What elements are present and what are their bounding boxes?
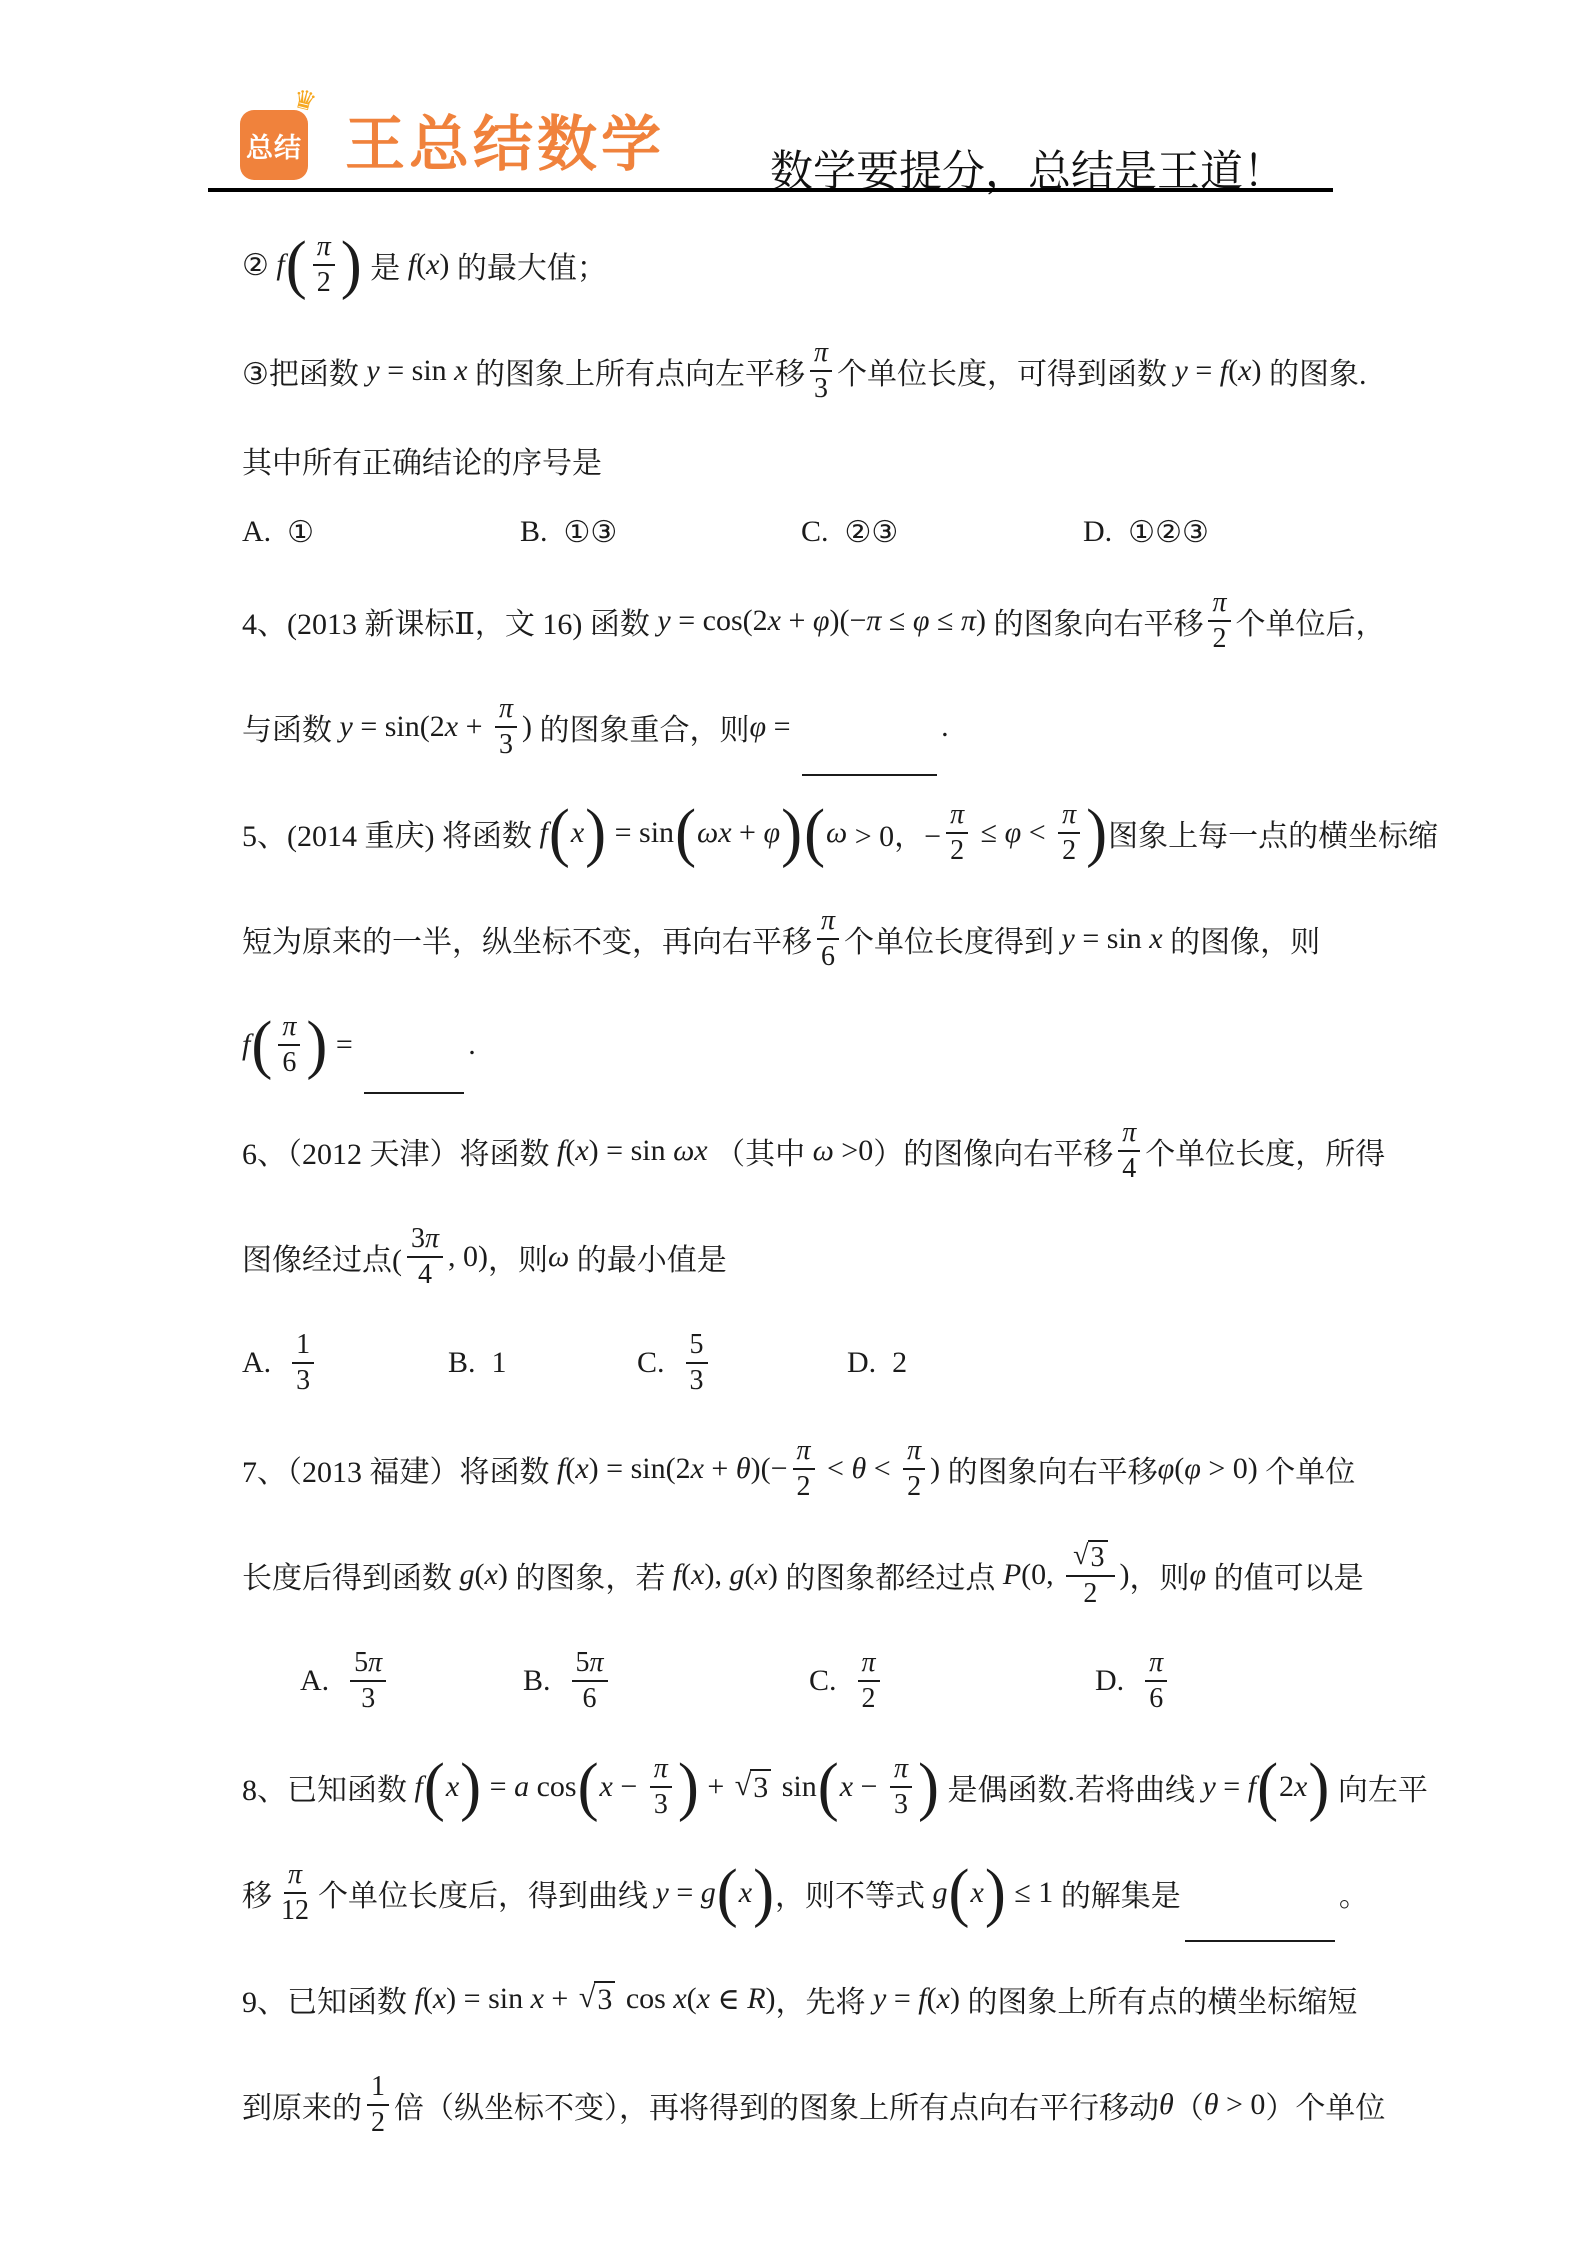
math-roman-run: = sin	[1075, 922, 1149, 956]
document-page: 总结 ♛ 王总结数学 数学要提分，总结是王道！ ② f(π2) 是 f(x) 的…	[0, 0, 1587, 2245]
math-char: 6	[1149, 1683, 1163, 1714]
math-char: 3	[296, 1365, 310, 1396]
q6-options-B: B.1	[448, 1346, 637, 1380]
fraction-denominator: 6	[278, 1046, 300, 1079]
math-italic-run: φ	[1005, 816, 1022, 850]
math-italic-run: ω	[813, 1134, 834, 1168]
text-run: 到原来的	[242, 2083, 362, 2127]
text-run: 的图象上所有点的横坐标缩短	[960, 1977, 1358, 2021]
math-roman-run: −	[853, 1770, 885, 1804]
fraction-denominator: 2	[903, 1470, 925, 1503]
math-char: 3	[597, 1983, 612, 2016]
math-char: π	[654, 1753, 668, 1785]
fraction-numerator: π	[793, 1435, 815, 1470]
fraction-denominator: 2	[313, 266, 335, 299]
sqrt-expression: √3	[735, 1769, 771, 1805]
math-italic-run: x	[1238, 354, 1251, 388]
fraction-numerator: π	[1145, 1647, 1167, 1682]
math-roman-run: ≤ 1	[1007, 1876, 1053, 1910]
math-italic-run: ωx	[697, 816, 732, 850]
math-italic-run: x	[575, 1134, 588, 1168]
fraction-numerator: 5π	[572, 1647, 608, 1682]
math-roman-run: −	[613, 1770, 645, 1804]
q7-options-B: B.5π6	[523, 1647, 809, 1715]
math-roman-run: ) = sin	[446, 1982, 530, 2016]
math-char: 2	[907, 1471, 921, 1502]
math-roman-run: .	[941, 710, 949, 744]
math-italic-run: x	[691, 1558, 704, 1592]
q7-options-C: C.π2	[809, 1647, 1095, 1715]
math-roman-run: +	[781, 604, 813, 638]
big-paren: )	[306, 1017, 327, 1073]
option-label: B.	[448, 1346, 476, 1380]
fraction: 5π6	[572, 1647, 608, 1715]
math-italic-run: f	[539, 816, 547, 850]
math-char: 3	[753, 1771, 768, 1804]
math-roman-run: = sin	[607, 816, 674, 850]
fraction: 13	[292, 1329, 314, 1397]
fraction-numerator: 5	[686, 1329, 708, 1364]
text-run: 7、（2013 福建）将函数	[242, 1447, 557, 1491]
math-char: π	[862, 1647, 876, 1679]
fraction-numerator: π	[1058, 799, 1080, 834]
text-run: ）的图像向右平移	[873, 1129, 1113, 1173]
text-run: ②③	[845, 515, 899, 550]
option-label: D.	[847, 1346, 876, 1380]
fraction-denominator: 3	[810, 372, 832, 405]
big-paren: )	[753, 1865, 774, 1921]
math-italic-run: g	[701, 1876, 716, 1910]
math-roman-run: )	[439, 248, 449, 282]
math-roman-run: ≤	[929, 604, 960, 638]
fraction-numerator: √3	[1066, 1540, 1114, 1577]
q6-line1: 6、（2012 天津）将函数 f(x) = sin ωx （其中 ω >0）的图…	[242, 1098, 1422, 1204]
q3-options-C: C.②③	[801, 515, 1083, 550]
math-italic-run: g	[460, 1558, 475, 1592]
q5-line1: 5、(2014 重庆) 将函数 f(x) = sin(ωx + φ)(ω > 0…	[242, 780, 1422, 886]
fraction-denominator: 12	[277, 1894, 313, 1927]
math-char: π	[1062, 799, 1076, 831]
text-run: 9、已知函数	[242, 1977, 415, 2021]
math-italic-run: x	[971, 1876, 984, 1910]
math-char: π	[950, 799, 964, 831]
fraction: π12	[277, 1859, 313, 1927]
math-roman-run: 1	[492, 1346, 507, 1380]
math-roman-run: )	[976, 604, 986, 638]
math-italic-run: x	[697, 1982, 710, 2016]
math-char: π	[590, 1647, 604, 1679]
q5-line3: f(π6) = .	[242, 992, 1422, 1098]
math-italic-run: y	[1202, 1770, 1215, 1804]
math-roman-run: =	[886, 1982, 918, 2016]
math-char: 5	[690, 1329, 704, 1361]
q9-line2: 到原来的12倍（纵坐标不变），再将得到的图象上所有点向右平行移动θ（θ > 0）…	[242, 2052, 1422, 2158]
fraction-denominator: 2	[1209, 622, 1231, 655]
option-label: C.	[801, 515, 829, 549]
text-run: 个单位	[1258, 1447, 1356, 1491]
math-char: 3	[1091, 1542, 1105, 1573]
text-run: ①③	[564, 515, 618, 550]
math-roman-run: (	[927, 1982, 937, 2016]
q6-options-C: C.53	[637, 1329, 847, 1397]
text-run: 是	[363, 243, 408, 287]
math-roman-run: ) = sin	[589, 1134, 673, 1168]
text-run: 个单位长度，所得	[1145, 1129, 1385, 1173]
fraction: π2	[946, 799, 968, 867]
option-label: C.	[809, 1664, 837, 1698]
fraction: π2	[313, 231, 335, 299]
option-label: D.	[1083, 515, 1112, 549]
text-run: 的值可以是	[1206, 1553, 1364, 1597]
math-roman-run: )	[1120, 1558, 1130, 1592]
math-roman-run: 2	[892, 1346, 907, 1380]
math-char: π	[894, 1753, 908, 1785]
math-char: π	[1149, 1647, 1163, 1679]
fraction-numerator: π	[278, 1011, 300, 1046]
math-roman-run: =	[669, 1876, 701, 1910]
math-roman-run: (	[681, 1558, 691, 1592]
brand-badge-text: 总结	[246, 126, 302, 165]
math-italic-run: x	[445, 710, 458, 744]
fraction-denominator: 6	[1145, 1682, 1167, 1715]
math-char: 1	[371, 2071, 385, 2103]
math-roman-run: (	[745, 1558, 755, 1592]
math-italic-run: x	[840, 1770, 853, 1804]
math-italic-run: x	[673, 1982, 686, 2016]
option-label: C.	[637, 1346, 665, 1380]
math-roman-run: (	[565, 1452, 575, 1486]
math-italic-run: φ	[763, 816, 780, 850]
math-italic-run: φ	[913, 604, 930, 638]
text-run: 的最小值是	[569, 1235, 727, 1279]
fraction: π3	[495, 693, 517, 761]
math-char: 4	[418, 1259, 432, 1290]
math-roman-run: (	[687, 1982, 697, 2016]
answer-blank	[802, 743, 937, 777]
math-italic-run: θ	[736, 1452, 751, 1486]
math-roman-run: +	[732, 816, 764, 850]
text-run: 的图像，则	[1163, 917, 1321, 961]
stmt3-line: ③把函数 y = sin x 的图象上所有点向左平移π3个单位长度，可得到函数 …	[242, 318, 1422, 424]
math-italic-run: x	[485, 1558, 498, 1592]
math-italic-run: x	[426, 248, 439, 282]
math-char: 1	[281, 1895, 295, 1926]
q5-line2: 短为原来的一半，纵坐标不变，再向右平移π6个单位长度得到 y = sin x 的…	[242, 886, 1422, 992]
math-italic-run: f	[673, 1558, 681, 1592]
option-label: A.	[300, 1664, 329, 1698]
q4-line2: 与函数 y = sin(2x + π3) 的图象重合，则φ = .	[242, 674, 1422, 780]
math-roman-run: = sin	[380, 354, 454, 388]
math-char: π	[317, 231, 331, 263]
math-char: 2	[295, 1895, 309, 1926]
math-char: 2	[1062, 835, 1076, 866]
math-roman-run: =	[482, 1770, 514, 1804]
fraction-numerator: π	[650, 1753, 672, 1788]
text-run: 的最大值；	[449, 243, 607, 287]
answer-blank	[364, 1061, 464, 1095]
math-roman-run: ≤	[973, 816, 1004, 850]
text-run: ，则	[488, 1235, 548, 1279]
math-italic-run: y	[1062, 922, 1075, 956]
math-roman-run: sin	[774, 1770, 817, 1804]
big-paren: )	[585, 805, 606, 861]
fraction-denominator: 2	[858, 1682, 880, 1715]
math-italic-run: φ	[1184, 1452, 1201, 1486]
big-paren: (	[549, 805, 570, 861]
fraction-denominator: 4	[1118, 1152, 1140, 1185]
text-run: 是偶函数.若将曲线	[940, 1765, 1203, 1809]
math-char: 1	[296, 1329, 310, 1361]
math-roman-run: 2	[1279, 1770, 1294, 1804]
math-char: 3	[411, 1223, 425, 1255]
math-roman-run: , 0)	[448, 1240, 488, 1274]
math-italic-run: θ	[1204, 2088, 1219, 2122]
math-roman-run: cos	[529, 1770, 577, 1804]
math-italic-run: f	[557, 1452, 565, 1486]
fraction-numerator: 3π	[407, 1223, 443, 1258]
math-char: π	[288, 1859, 302, 1891]
q3-options-D: D.①②③	[1083, 515, 1209, 550]
big-paren: )	[341, 237, 362, 293]
math-italic-run: x	[433, 1982, 446, 2016]
big-paren: (	[251, 1017, 272, 1073]
q8-line2: 移π12个单位长度后，得到曲线 y = g(x)，则不等式 g(x) ≤ 1 的…	[242, 1840, 1422, 1946]
text-run: 移	[242, 1871, 272, 1915]
answer-blank	[1185, 1909, 1335, 1943]
fraction: π3	[810, 337, 832, 405]
fraction-denominator: 2	[367, 2106, 389, 2139]
math-roman-run: (	[565, 1134, 575, 1168]
math-roman-run: > 0	[1219, 2088, 1266, 2122]
fraction-numerator: 1	[367, 2071, 389, 2106]
math-italic-run: ω	[548, 1240, 569, 1274]
text-run: 的图象向右平移	[940, 1447, 1158, 1491]
fraction-numerator: π	[903, 1435, 925, 1470]
math-italic-run: x	[755, 1558, 768, 1592]
math-italic-run: θ	[851, 1452, 866, 1486]
radicand: 3	[750, 1769, 771, 1805]
text-run: 图像经过点(	[242, 1235, 402, 1279]
fraction: π6	[817, 905, 839, 973]
math-char: 3	[894, 1789, 908, 1820]
fraction: π6	[278, 1011, 300, 1079]
text-run: ③把函数	[242, 349, 366, 393]
math-char: 3	[499, 729, 513, 760]
option-label: A.	[242, 515, 271, 549]
math-roman-run: +	[700, 1770, 732, 1804]
math-roman-run: )(−	[829, 604, 866, 638]
math-italic-run: x	[531, 1982, 544, 2016]
math-char: 3	[654, 1789, 668, 1820]
math-italic-run: y	[1175, 354, 1188, 388]
fraction: √32	[1066, 1540, 1114, 1610]
text-run: ）个单位	[1265, 2083, 1385, 2127]
math-italic-run: f	[1220, 354, 1228, 388]
brand-logo-badge: 总结	[240, 110, 308, 180]
text-run: （	[1174, 2083, 1204, 2127]
fraction-numerator: π	[495, 693, 517, 728]
fraction: π3	[890, 1753, 912, 1821]
math-italic-run: f	[918, 1982, 926, 2016]
fraction-denominator: 2	[946, 834, 968, 867]
math-roman-run: =	[1216, 1770, 1248, 1804]
math-char: π	[282, 1011, 296, 1043]
math-roman-run: )	[766, 1982, 776, 2016]
fraction-numerator: 5π	[350, 1647, 386, 1682]
radicand: 3	[1088, 1540, 1108, 1574]
math-italic-run: f	[415, 1770, 423, 1804]
fraction: π6	[1145, 1647, 1167, 1715]
math-char: 5	[354, 1647, 368, 1679]
math-italic-run: ω	[826, 816, 847, 850]
fraction-denominator: 6	[817, 940, 839, 973]
text-run: 与函数	[242, 705, 340, 749]
fraction: 12	[367, 2071, 389, 2139]
q7-options: A.5π3B.5π6C.π2D.π6	[242, 1628, 1422, 1734]
math-italic-run: x	[600, 1770, 613, 1804]
math-char: 2	[797, 1471, 811, 1502]
math-roman-run: (	[416, 248, 426, 282]
math-roman-run: <	[1021, 816, 1053, 850]
math-italic-run: x	[1294, 1770, 1307, 1804]
fraction-denominator: 3	[650, 1788, 672, 1821]
text-run: 的图象上所有点向左平移	[468, 349, 806, 393]
text-run: 个单位长度后，得到曲线	[318, 1871, 656, 1915]
math-roman-run: =	[1188, 354, 1220, 388]
text-run: 的图象重合，则	[532, 705, 750, 749]
math-char: π	[1212, 587, 1226, 619]
q8-line1: 8、已知函数 f(x) = a cos(x − π3) + √3 sin(x −…	[242, 1734, 1422, 1840]
radical-sign: √	[1073, 1540, 1088, 1572]
option-label: A.	[242, 1346, 271, 1380]
fraction: π2	[793, 1435, 815, 1503]
text-run: ①②③	[1128, 515, 1209, 550]
fraction-denominator: 3	[686, 1364, 708, 1397]
big-paren: )	[1308, 1759, 1329, 1815]
text-run: 长度后得到函数	[242, 1553, 460, 1597]
math-char: π	[368, 1647, 382, 1679]
math-roman-run: > 0，−	[847, 811, 941, 855]
math-italic-run: φ	[1190, 1558, 1207, 1592]
math-italic-run: f	[415, 1982, 423, 2016]
math-roman-run: (0,	[1021, 1558, 1061, 1592]
math-char: 6	[282, 1047, 296, 1078]
brand-name: 王总结数学	[345, 112, 665, 178]
math-roman-run: )(−	[751, 1452, 788, 1486]
math-roman-run: (	[475, 1558, 485, 1592]
text-run: 的解集是	[1053, 1871, 1181, 1915]
math-italic-run: x	[446, 1770, 459, 1804]
text-run: 个单位长度得到	[844, 917, 1062, 961]
sqrt-expression: √3	[1073, 1540, 1107, 1574]
fraction-denominator: 3	[495, 728, 517, 761]
math-char: π	[797, 1435, 811, 1467]
big-paren: (	[804, 805, 825, 861]
math-italic-run: g	[730, 1558, 745, 1592]
math-italic-run: y	[366, 354, 379, 388]
text-run: 8、已知函数	[242, 1765, 415, 1809]
fraction-denominator: 4	[414, 1258, 436, 1291]
radical-sign: √	[579, 1981, 595, 2015]
fraction-numerator: π	[858, 1647, 880, 1682]
math-char: 2	[1213, 623, 1227, 654]
text-run: ，则不等式	[775, 1871, 933, 1915]
fraction-numerator: π	[817, 905, 839, 940]
q6-line2: 图像经过点(3π4, 0)，则ω 的最小值是	[242, 1204, 1422, 1310]
fraction-numerator: π	[890, 1753, 912, 1788]
math-roman-run: +	[544, 1982, 576, 2016]
text-run: 个单位后，	[1236, 599, 1386, 643]
math-italic-run: y	[873, 1982, 886, 2016]
text-run: ②	[242, 248, 276, 283]
math-roman-run: = sin(2	[353, 710, 445, 744]
math-italic-run: x	[1149, 922, 1162, 956]
text-run: ①	[287, 515, 314, 550]
worksheet-content: ② f(π2) 是 f(x) 的最大值；③把函数 y = sin x 的图象上所…	[242, 212, 1422, 2158]
math-italic-run: x	[575, 1452, 588, 1486]
math-char: π	[821, 905, 835, 937]
q3-options-B: B.①③	[520, 515, 801, 550]
text-run: 5、(2014 重庆) 将函数	[242, 811, 539, 855]
fraction-numerator: π	[1208, 587, 1230, 622]
math-roman-run: )	[930, 1452, 940, 1486]
math-char: π	[814, 337, 828, 369]
math-italic-run: P	[1003, 1558, 1021, 1592]
fraction-numerator: π	[946, 799, 968, 834]
text-run: 的图象向右平移	[986, 599, 1204, 643]
math-char: π	[907, 1435, 921, 1467]
math-roman-run: (	[1174, 1452, 1184, 1486]
fraction-denominator: 3	[357, 1682, 379, 1715]
q3-options-A: A.①	[242, 515, 520, 550]
fraction: π2	[858, 1647, 880, 1715]
math-char: 2	[862, 1683, 876, 1714]
fraction-denominator: 2	[793, 1470, 815, 1503]
text-run: 6、（2012 天津）将函数	[242, 1129, 557, 1173]
math-roman-run: <	[866, 1452, 898, 1486]
math-roman-run: )	[950, 1982, 960, 2016]
math-italic-run: f	[242, 1028, 250, 1062]
math-italic-run: φ	[1158, 1452, 1175, 1486]
option-label: B.	[520, 515, 548, 549]
fraction: 3π4	[407, 1223, 443, 1291]
math-char: 2	[950, 835, 964, 866]
big-paren: (	[286, 237, 307, 293]
q7-line1: 7、（2013 福建）将函数 f(x) = sin(2x + θ)(−π2 < …	[242, 1416, 1422, 1522]
math-roman-run: ),	[705, 1558, 730, 1592]
math-italic-run: R	[747, 1982, 765, 2016]
math-italic-run: φ	[750, 710, 767, 744]
math-roman-run: ≤	[881, 604, 912, 638]
big-paren: )	[918, 1759, 939, 1815]
big-paren: )	[985, 1865, 1006, 1921]
math-char: 6	[583, 1683, 597, 1714]
math-roman-run: = cos(2	[671, 604, 768, 638]
math-roman-run: )	[522, 710, 532, 744]
math-italic-run: x	[454, 354, 467, 388]
text-run: ，先将	[776, 1977, 874, 2021]
math-italic-run: f	[1248, 1770, 1256, 1804]
math-char: 4	[1122, 1153, 1136, 1184]
fraction-numerator: π	[313, 231, 335, 266]
big-paren: (	[578, 1759, 599, 1815]
big-paren: (	[424, 1759, 445, 1815]
fraction-numerator: π	[810, 337, 832, 372]
math-char: 6	[821, 941, 835, 972]
radical-sign: √	[735, 1769, 751, 1803]
math-roman-run: ∈	[710, 1982, 747, 2017]
math-italic-run: y	[656, 1876, 669, 1910]
